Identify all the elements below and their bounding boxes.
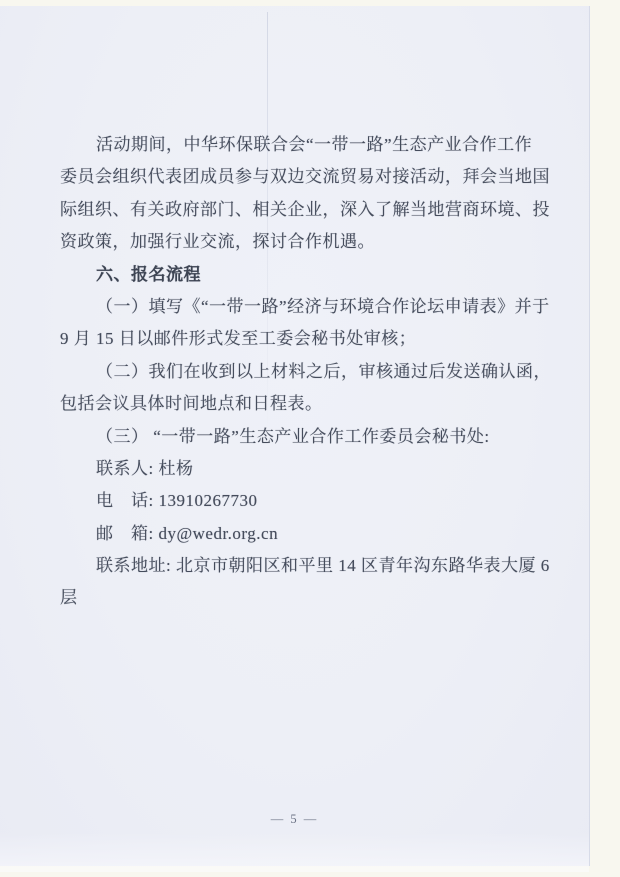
text-line: 邮 箱: dy@wedr.org.cn — [60, 518, 546, 550]
text-line: 包括会议具体时间地点和日程表。 — [60, 388, 546, 420]
scanned-page: 活动期间，中华环保联合会“一带一路”生态产业合作工作委员会组织代表团成员参与双边… — [0, 6, 590, 866]
text-line: 委员会组织代表团成员参与双边交流贸易对接活动，拜会当地国 — [60, 161, 546, 193]
text-line: 层 — [60, 582, 546, 614]
text-line: （三） “一带一路”生态产业合作工作委员会秘书处: — [60, 421, 546, 453]
scan-bottom-fade — [0, 832, 589, 872]
text-line: （二）我们在收到以上材料之后，审核通过后发送确认函， — [60, 356, 546, 388]
document-body: 活动期间，中华环保联合会“一带一路”生态产业合作工作委员会组织代表团成员参与双边… — [60, 129, 546, 615]
section-heading: 六、报名流程 — [60, 259, 546, 291]
text-line: 联系地址: 北京市朝阳区和平里 14 区青年沟东路华表大厦 6 — [60, 550, 546, 582]
text-line: 际组织、有关政府部门、相关企业，深入了解当地营商环境、投 — [60, 194, 546, 226]
page-number: — 5 — — [0, 812, 589, 827]
text-line: 联系人: 杜杨 — [60, 453, 546, 485]
text-line: 资政策，加强行业交流，探讨合作机遇。 — [60, 226, 546, 258]
screenshot-root: { "colors": { "paper": "#edeff6", "ink":… — [0, 0, 620, 877]
text-line: 活动期间，中华环保联合会“一带一路”生态产业合作工作 — [60, 129, 546, 161]
text-line: 电 话: 13910267730 — [60, 485, 546, 517]
text-line: （一）填写《“一带一路”经济与环境合作论坛申请表》并于 — [60, 291, 546, 323]
text-line: 9 月 15 日以邮件形式发至工委会秘书处审核； — [60, 323, 546, 355]
